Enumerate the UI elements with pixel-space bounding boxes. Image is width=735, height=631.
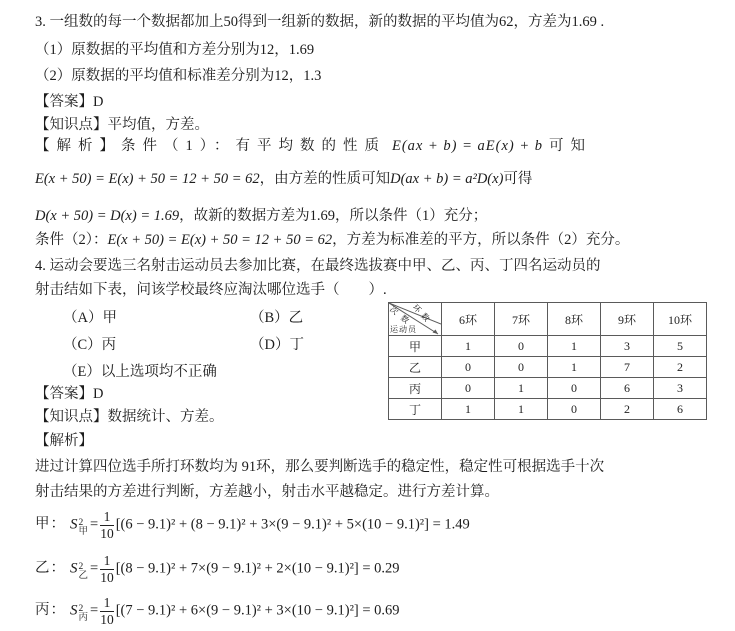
- column-header: 7环: [495, 303, 548, 336]
- fraction-numerator: 1: [100, 554, 114, 570]
- table-cell: 5: [654, 336, 707, 357]
- fraction: 110: [100, 596, 114, 626]
- q4-explanation-line-2: 射击结果的方差进行判断，方差越小，射击水平越稳定。进行方差计算。: [35, 482, 499, 502]
- table-cell: 6: [654, 399, 707, 420]
- table-cell: 0: [495, 336, 548, 357]
- q4-analysis-label: 【解析】: [35, 431, 93, 451]
- q4-explanation-line-1: 进过计算四位选手所打环数均为 91环，那么要判断选手的稳定性，稳定性可根据选手十…: [35, 457, 604, 477]
- q4-knowledge-point: 【知识点】数据统计、方差。: [35, 407, 224, 427]
- q3-analysis-pre: 条件（1）：有平均数的性质: [121, 138, 386, 154]
- table-cell: 0: [442, 357, 495, 378]
- fraction: 110: [100, 510, 114, 540]
- text-segment: 条件（2）：: [35, 232, 108, 248]
- q3-condition-2: （2）原数据的平均值和标准差分别为12，1.3: [35, 66, 321, 86]
- formula-body: [(7 − 9.1)² + 6×(9 − 9.1)² + 3×(10 − 9.1…: [116, 602, 400, 618]
- table-cell: 0: [442, 378, 495, 399]
- text-segment: ，由方差的性质可知: [260, 171, 391, 187]
- q3-derivation-line-2: D(x + 50) = D(x) = 1.69，故新的数据方差为1.69，所以条…: [35, 206, 487, 226]
- formula-expectation-2: E(x + 50) = E(x) + 50 = 12 + 50 = 62: [108, 232, 333, 248]
- table-cell: 3: [654, 378, 707, 399]
- formula-label: 丙：: [35, 602, 66, 618]
- row-header: 丙: [389, 378, 442, 399]
- formula-variance: D(x + 50) = D(x) = 1.69: [35, 208, 179, 224]
- document-page: 3. 一组数的每一个数据都加上50得到一组新的数据，新的数据的平均值为62，方差…: [0, 0, 735, 631]
- row-header: 甲: [389, 336, 442, 357]
- variance-symbol: S: [70, 602, 78, 618]
- table-cell: 1: [442, 399, 495, 420]
- q3-analysis-line: 【解析】条件（1）：有平均数的性质E(ax + b) = aE(x) + b可知: [35, 136, 592, 156]
- table-corner-cell: 环数 次数 运动员: [389, 303, 442, 336]
- table-cell: 6: [601, 378, 654, 399]
- text-segment: ，方差为标准差的平方，所以条件（2）充分。: [332, 232, 629, 248]
- equals-sign: =: [90, 602, 98, 618]
- table-row: 丙 0 1 0 6 3: [389, 378, 707, 399]
- fraction-denominator: 10: [100, 570, 114, 585]
- q3-analysis-label: 【解析】: [35, 138, 121, 154]
- text-segment: 可得: [503, 171, 532, 187]
- shooting-results-table: 环数 次数 运动员 6环 7环 8环 9环 10环 甲 1 0 1 3 5 乙 …: [388, 302, 707, 420]
- q4-option-a: （A）甲: [63, 306, 117, 327]
- table-cell: 3: [601, 336, 654, 357]
- row-header: 丁: [389, 399, 442, 420]
- equals-sign: =: [90, 560, 98, 576]
- table-cell: 1: [548, 357, 601, 378]
- variance-formula-bing: 丙：S2丙=110[(7 − 9.1)² + 6×(9 − 9.1)² + 3×…: [35, 596, 400, 626]
- q4-answer: 【答案】D: [35, 384, 103, 404]
- table-cell: 7: [601, 357, 654, 378]
- table-cell: 0: [548, 399, 601, 420]
- formula-expectation: E(x + 50) = E(x) + 50 = 12 + 50 = 62: [35, 171, 260, 187]
- q3-analysis-formula: E(ax + b) = aE(x) + b: [392, 138, 543, 154]
- q4-stem-line-2: 射击结如下表，问该学校最终应淘汰哪位选手（ ）.: [35, 280, 387, 300]
- row-header: 乙: [389, 357, 442, 378]
- table-cell: 1: [548, 336, 601, 357]
- subscript: 乙: [79, 572, 89, 581]
- table-cell: 2: [601, 399, 654, 420]
- subscript: 甲: [79, 528, 89, 537]
- q3-derivation-line-1: E(x + 50) = E(x) + 50 = 12 + 50 = 62，由方差…: [35, 169, 532, 189]
- variance-symbol: S: [70, 560, 78, 576]
- column-header: 8环: [548, 303, 601, 336]
- variance-formula-jia: 甲：S2甲=110[(6 − 9.1)² + (8 − 9.1)² + 3×(9…: [35, 510, 470, 540]
- corner-label-athlete: 运动员: [390, 324, 417, 335]
- subscript: 丙: [79, 614, 89, 623]
- fraction-denominator: 10: [100, 526, 114, 541]
- fraction-numerator: 1: [100, 596, 114, 612]
- variance-symbol: S: [70, 516, 78, 532]
- q4-option-e: （E）以上选项均不正确: [63, 360, 217, 381]
- formula-body: [(8 − 9.1)² + 7×(9 − 9.1)² + 2×(10 − 9.1…: [116, 560, 400, 576]
- q3-stem: 3. 一组数的每一个数据都加上50得到一组新的数据，新的数据的平均值为62，方差…: [35, 12, 604, 32]
- q3-answer: 【答案】D: [35, 92, 103, 112]
- q3-derivation-line-3: 条件（2）：E(x + 50) = E(x) + 50 = 12 + 50 = …: [35, 230, 629, 250]
- table-cell: 0: [548, 378, 601, 399]
- formula-variance-property: D(ax + b) = a²D(x): [390, 171, 503, 187]
- equals-sign: =: [90, 516, 98, 532]
- table-row: 丁 1 1 0 2 6: [389, 399, 707, 420]
- table-row: 乙 0 0 1 7 2: [389, 357, 707, 378]
- fraction: 110: [100, 554, 114, 584]
- q4-option-c: （C）丙: [63, 333, 116, 354]
- table-cell: 1: [495, 378, 548, 399]
- column-header: 6环: [442, 303, 495, 336]
- q3-condition-1: （1）原数据的平均值和方差分别为12，1.69: [35, 40, 314, 60]
- q4-option-d: （D）丁: [250, 333, 304, 354]
- q3-knowledge-point: 【知识点】平均值，方差。: [35, 115, 209, 135]
- table-row: 甲 1 0 1 3 5: [389, 336, 707, 357]
- table-cell: 2: [654, 357, 707, 378]
- column-header: 10环: [654, 303, 707, 336]
- formula-label: 甲：: [35, 516, 66, 532]
- q4-option-b: （B）乙: [250, 306, 303, 327]
- text-segment: ，故新的数据方差为1.69，所以条件（1）充分；: [179, 208, 487, 224]
- fraction-denominator: 10: [100, 612, 114, 627]
- table-cell: 0: [495, 357, 548, 378]
- q4-stem-line-1: 4. 运动会要选三名射击运动员去参加比赛，在最终选拔赛中甲、乙、丙、丁四名运动员…: [35, 256, 601, 276]
- formula-body: [(6 − 9.1)² + (8 − 9.1)² + 3×(9 − 9.1)² …: [116, 516, 470, 532]
- table-cell: 1: [442, 336, 495, 357]
- variance-formula-yi: 乙：S2乙=110[(8 − 9.1)² + 7×(9 − 9.1)² + 2×…: [35, 554, 400, 584]
- formula-label: 乙：: [35, 560, 66, 576]
- table-cell: 1: [495, 399, 548, 420]
- column-header: 9环: [601, 303, 654, 336]
- fraction-numerator: 1: [100, 510, 114, 526]
- q3-analysis-post: 可知: [549, 138, 592, 154]
